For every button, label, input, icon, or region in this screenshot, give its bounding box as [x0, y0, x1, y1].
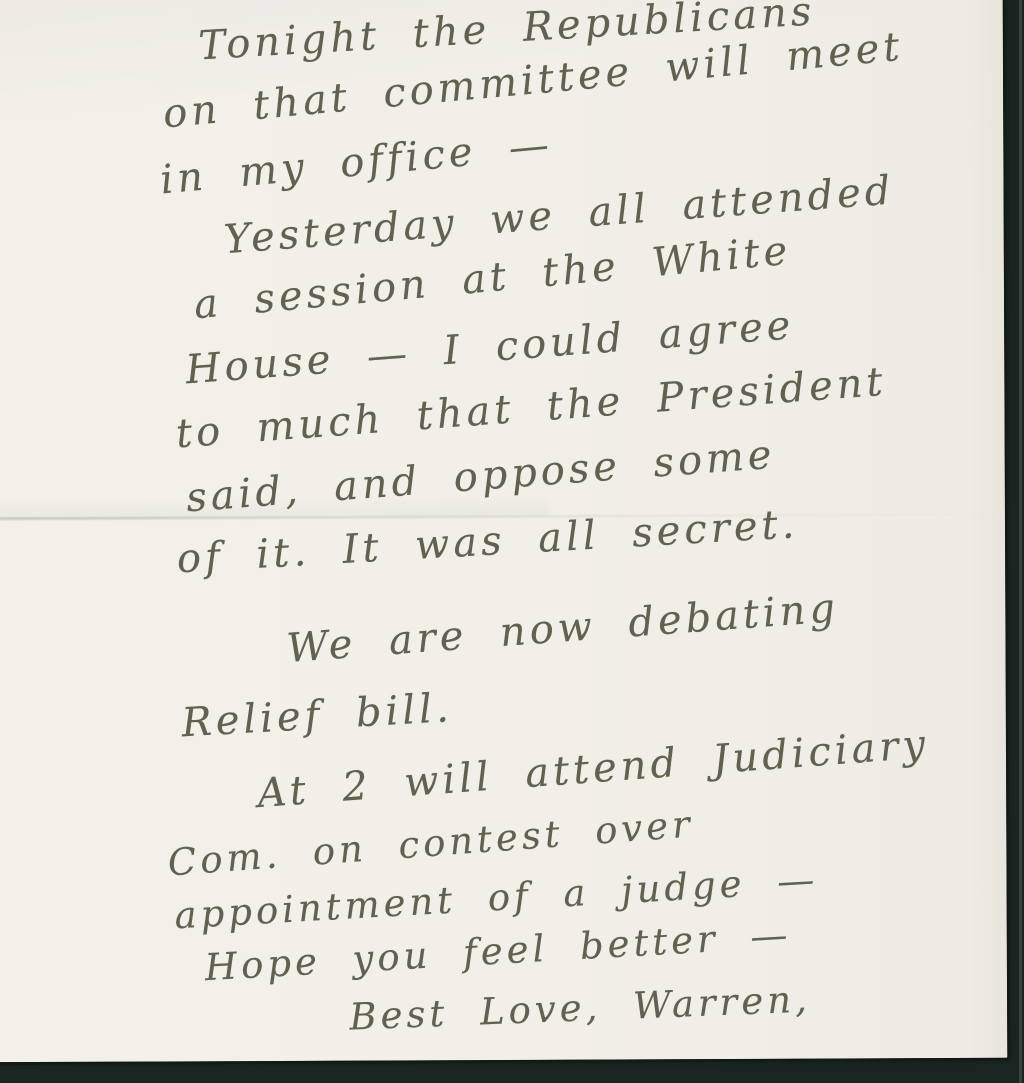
handwriting-signature-line: Best Love, Warren, — [349, 978, 812, 1039]
handwriting-line: We are now debating — [285, 585, 840, 672]
letter-page: Tonight the Republicans on that committe… — [0, 0, 1007, 1062]
handwriting-line: Relief bill. — [180, 685, 453, 746]
scan-edge-highlight — [1019, 0, 1022, 1083]
scanned-letter-image: Tonight the Republicans on that committe… — [0, 0, 1024, 1083]
handwriting-line: in my office — — [158, 122, 554, 204]
